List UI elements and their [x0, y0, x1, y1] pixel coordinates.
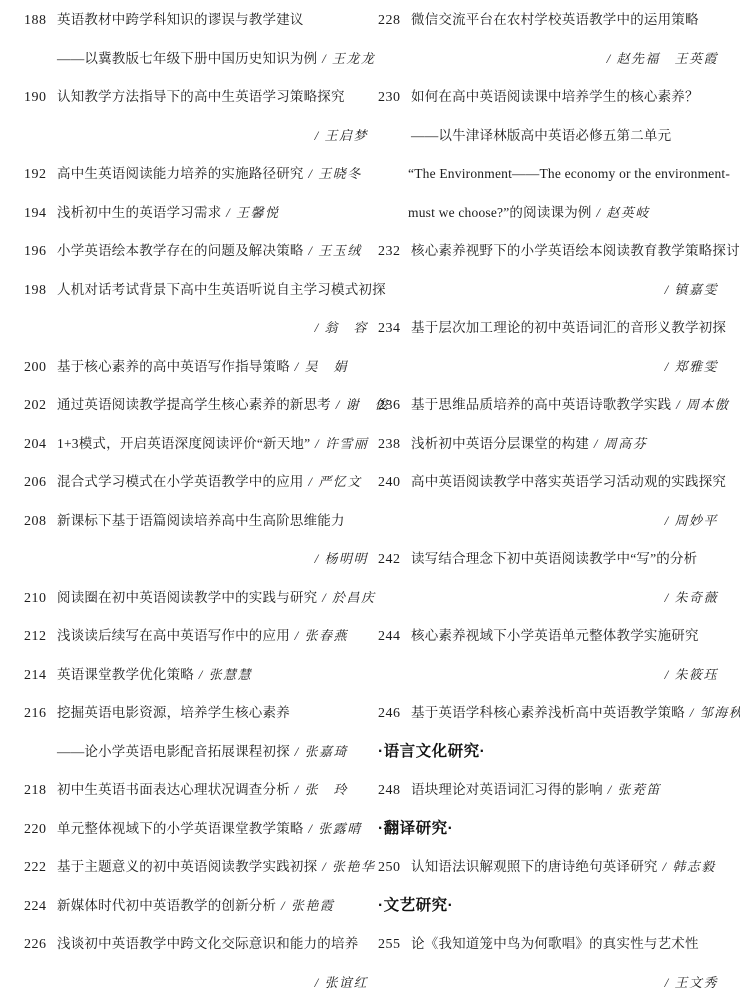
toc-line: must we choose?”的阅读课为例 / 赵英岐: [378, 194, 732, 233]
article-author: / 张茺笛: [603, 782, 661, 797]
article-title: 微信交流平台在农村学校英语教学中的运用策略: [411, 12, 699, 27]
toc-entry: 192高中生英语阅读能力培养的实施路径研究 / 王晓冬: [24, 155, 374, 194]
toc-line: / 朱筱珏: [378, 656, 732, 695]
toc-entry: 246基于英语学科核心素养浅析高中英语教学策略 / 邹海秋: [378, 694, 732, 733]
toc-line: 246基于英语学科核心素养浅析高中英语教学策略 / 邹海秋: [378, 694, 732, 733]
page-number: 248: [378, 772, 404, 811]
page-number: 222: [24, 849, 50, 888]
toc-entry: 2041+3模式，开启英语深度阅读评价“新天地” / 许雪丽: [24, 425, 374, 464]
article-author: / 张谊红: [315, 975, 368, 990]
page-number: 190: [24, 79, 50, 118]
article-author: / 郑雅雯: [665, 359, 718, 374]
toc-line: / 镇嘉雯: [378, 271, 732, 310]
toc-page: 188英语教材中跨学科知识的谬误与教学建议——以冀教版七年级下册中国历史知识为例…: [0, 0, 740, 1002]
article-author: / 王馨悦: [221, 205, 279, 220]
article-title: 1+3模式，开启英语深度阅读评价“新天地”: [57, 436, 310, 451]
toc-entry: 214英语课堂教学优化策略 / 张慧慧: [24, 656, 374, 695]
toc-line: 224新媒体时代初中英语教学的创新分析 / 张艳霞: [24, 887, 374, 926]
page-number: 208: [24, 503, 50, 542]
toc-entry: 224新媒体时代初中英语教学的创新分析 / 张艳霞: [24, 887, 374, 926]
article-title: 高中英语阅读教学中落实英语学习活动观的实践探究: [411, 474, 726, 489]
article-title: 基于核心素养的高中英语写作指导策略: [57, 359, 290, 374]
article-author: / 赵英岐: [592, 205, 650, 220]
toc-entry: 212浅谈读后续写在高中英语写作中的应用 / 张春燕: [24, 617, 374, 656]
page-number: 232: [378, 233, 404, 272]
toc-line: / 杨明明: [24, 540, 374, 579]
page-number: 214: [24, 657, 50, 696]
toc-entry: 188英语教材中跨学科知识的谬误与教学建议——以冀教版七年级下册中国历史知识为例…: [24, 1, 374, 78]
article-title: 英语课堂教学优化策略: [57, 667, 194, 682]
section-heading: ·文艺研究·: [378, 887, 732, 926]
toc-line: / 王启梦: [24, 117, 374, 156]
section-heading-label: ·翻译研究·: [378, 810, 732, 849]
toc-line: 234基于层次加工理论的初中英语词汇的音形义教学初探: [378, 309, 732, 348]
page-number: 204: [24, 426, 50, 465]
toc-entry: 220单元整体视域下的小学英语课堂教学策略 / 张露晴: [24, 810, 374, 849]
toc-line: 216挖掘英语电影资源，培养学生核心素养: [24, 694, 374, 733]
article-author: / 镇嘉雯: [665, 282, 718, 297]
toc-line: 238浅析初中英语分层课堂的构建 / 周高芬: [378, 425, 732, 464]
toc-line: 2041+3模式，开启英语深度阅读评价“新天地” / 许雪丽: [24, 425, 374, 464]
toc-line: 255论《我知道笼中鸟为何歌唱》的真实性与艺术性: [378, 925, 732, 964]
article-author: / 张春燕: [290, 628, 348, 643]
toc-line: 240高中英语阅读教学中落实英语学习活动观的实践探究: [378, 463, 732, 502]
article-title: 高中生英语阅读能力培养的实施路径研究: [57, 166, 304, 181]
toc-line: 248语块理论对英语词汇习得的影响 / 张茺笛: [378, 771, 732, 810]
article-title: 语块理论对英语词汇习得的影响: [411, 782, 603, 797]
article-title: 新课标下基于语篇阅读培养高中生高阶思维能力: [57, 513, 345, 528]
toc-entry: 240高中英语阅读教学中落实英语学习活动观的实践探究/ 周妙平: [378, 463, 732, 540]
toc-line: 188英语教材中跨学科知识的谬误与教学建议: [24, 1, 374, 40]
toc-line: 196小学英语绘本教学存在的问题及解决策略 / 王玉绒: [24, 232, 374, 271]
toc-entry: 248语块理论对英语词汇习得的影响 / 张茺笛: [378, 771, 732, 810]
toc-line: 226浅谈初中英语教学中跨文化交际意识和能力的培养: [24, 925, 374, 964]
article-title: 如何在高中英语阅读课中培养学生的核心素养？: [411, 89, 699, 104]
toc-line: / 朱奇薇: [378, 579, 732, 618]
article-author: / 周本傲: [671, 397, 729, 412]
article-author: / 王晓冬: [304, 166, 362, 181]
article-title: 核心素养视野下的小学英语绘本阅读教育教学策略探讨: [411, 243, 740, 258]
toc-entry: 242读写结合理念下初中英语阅读教学中“写”的分析/ 朱奇薇: [378, 540, 732, 617]
page-number: 200: [24, 349, 50, 388]
toc-line: 232核心素养视野下的小学英语绘本阅读教育教学策略探讨: [378, 232, 732, 271]
article-title: 认知教学方法指导下的高中生英语学习策略探究: [57, 89, 345, 104]
toc-entry: 200基于核心素养的高中英语写作指导策略 / 吴 娟: [24, 348, 374, 387]
section-heading-label: ·语言文化研究·: [378, 733, 732, 772]
article-title: 人机对话考试背景下高中生英语听说自主学习模式初探: [57, 282, 386, 297]
toc-line: 218初中生英语书面表达心理状况调查分析 / 张 玲: [24, 771, 374, 810]
page-number: 192: [24, 156, 50, 195]
toc-entry: 206混合式学习模式在小学英语教学中的应用 / 严忆文: [24, 463, 374, 502]
page-number: 236: [378, 387, 404, 426]
toc-entry: 238浅析初中英语分层课堂的构建 / 周高芬: [378, 425, 732, 464]
article-author: / 邹海秋: [685, 705, 740, 720]
toc-line: / 张谊红: [24, 964, 374, 1002]
article-author: / 杨明明: [315, 551, 368, 566]
page-number: 224: [24, 888, 50, 927]
page-number: 206: [24, 464, 50, 503]
section-heading: ·语言文化研究·: [378, 733, 732, 772]
toc-line: 194浅析初中生的英语学习需求 / 王馨悦: [24, 194, 374, 233]
article-author: / 王启梦: [315, 128, 368, 143]
page-number: 196: [24, 233, 50, 272]
page-number: 246: [378, 695, 404, 734]
article-title: 浅谈初中英语教学中跨文化交际意识和能力的培养: [57, 936, 358, 951]
toc-line: 212浅谈读后续写在高中英语写作中的应用 / 张春燕: [24, 617, 374, 656]
page-number: 198: [24, 272, 50, 311]
article-title: 挖掘英语电影资源，培养学生核心素养: [57, 705, 290, 720]
page-number: 188: [24, 2, 50, 41]
page-number: 230: [378, 79, 404, 118]
article-title-continued: ——论小学英语电影配音拓展课程初探: [57, 744, 290, 759]
article-author: / 韩志毅: [658, 859, 716, 874]
toc-entry: 222基于主题意义的初中英语阅读教学实践初探 / 张艳华: [24, 848, 374, 887]
page-number: 210: [24, 580, 50, 619]
toc-entry: 210阅读圈在初中英语阅读教学中的实践与研究 / 於昌庆: [24, 579, 374, 618]
article-title: 基于英语学科核心素养浅析高中英语教学策略: [411, 705, 685, 720]
article-title: 初中生英语书面表达心理状况调查分析: [57, 782, 290, 797]
article-author: / 王文秀: [665, 975, 718, 990]
toc-line: 230如何在高中英语阅读课中培养学生的核心素养？: [378, 78, 732, 117]
toc-line: 220单元整体视域下的小学英语课堂教学策略 / 张露晴: [24, 810, 374, 849]
article-author: / 王玉绒: [304, 243, 362, 258]
toc-line: / 赵先福 王英霞: [378, 40, 732, 79]
article-title: 基于思维品质培养的高中英语诗歌教学实践: [411, 397, 671, 412]
article-author: / 吴 娟: [290, 359, 348, 374]
toc-line: 202通过英语阅读教学提高学生核心素养的新思考 / 谢 俊: [24, 386, 374, 425]
page-number: 244: [378, 618, 404, 657]
article-author: / 张艳霞: [276, 898, 334, 913]
toc-entry: 230如何在高中英语阅读课中培养学生的核心素养？——以牛津译林版高中英语必修五第…: [378, 78, 732, 232]
article-author: / 王龙龙: [317, 51, 375, 66]
article-title: 混合式学习模式在小学英语教学中的应用: [57, 474, 304, 489]
article-author: / 周妙平: [665, 513, 718, 528]
article-title: 小学英语绘本教学存在的问题及解决策略: [57, 243, 304, 258]
page-number: 220: [24, 811, 50, 850]
page-number: 202: [24, 387, 50, 426]
article-author: / 周高芬: [589, 436, 647, 451]
toc-entry: 208新课标下基于语篇阅读培养高中生高阶思维能力/ 杨明明: [24, 502, 374, 579]
toc-column-right: 228微信交流平台在农村学校英语教学中的运用策略/ 赵先福 王英霞230如何在高…: [378, 1, 732, 1002]
toc-entry: 216挖掘英语电影资源，培养学生核心素养——论小学英语电影配音拓展课程初探 / …: [24, 694, 374, 771]
toc-line: ——以冀教版七年级下册中国历史知识为例 / 王龙龙: [24, 40, 374, 79]
toc-entry: 228微信交流平台在农村学校英语教学中的运用策略/ 赵先福 王英霞: [378, 1, 732, 78]
toc-line: / 王文秀: [378, 964, 732, 1002]
toc-line: ——以牛津译林版高中英语必修五第二单元: [378, 117, 732, 156]
toc-line: 242读写结合理念下初中英语阅读教学中“写”的分析: [378, 540, 732, 579]
toc-line: 206混合式学习模式在小学英语教学中的应用 / 严忆文: [24, 463, 374, 502]
toc-line: 250认知语法识解观照下的唐诗绝句英译研究 / 韩志毅: [378, 848, 732, 887]
article-author: / 赵先福 王英霞: [607, 51, 718, 66]
article-title: 浅析初中生的英语学习需求: [57, 205, 221, 220]
page-number: 234: [378, 310, 404, 349]
toc-entry: 255论《我知道笼中鸟为何歌唱》的真实性与艺术性/ 王文秀: [378, 925, 732, 1002]
toc-entry: 196小学英语绘本教学存在的问题及解决策略 / 王玉绒: [24, 232, 374, 271]
article-author: / 张 玲: [290, 782, 348, 797]
toc-line: 198人机对话考试背景下高中生英语听说自主学习模式初探: [24, 271, 374, 310]
article-title: 新媒体时代初中英语教学的创新分析: [57, 898, 276, 913]
article-author: / 严忆文: [304, 474, 362, 489]
article-author: / 於昌庆: [317, 590, 375, 605]
page-number: 242: [378, 541, 404, 580]
toc-entry: 232核心素养视野下的小学英语绘本阅读教育教学策略探讨/ 镇嘉雯: [378, 232, 732, 309]
article-author: / 许雪丽: [310, 436, 368, 451]
article-author: / 朱筱珏: [665, 667, 718, 682]
toc-entry: 244核心素养视域下小学英语单元整体教学实施研究/ 朱筱珏: [378, 617, 732, 694]
toc-line: 214英语课堂教学优化策略 / 张慧慧: [24, 656, 374, 695]
toc-entry: 236基于思维品质培养的高中英语诗歌教学实践 / 周本傲: [378, 386, 732, 425]
page-number: 218: [24, 772, 50, 811]
article-title: 通过英语阅读教学提高学生核心素养的新思考: [57, 397, 331, 412]
article-title: 核心素养视域下小学英语单元整体教学实施研究: [411, 628, 699, 643]
toc-line: 222基于主题意义的初中英语阅读教学实践初探 / 张艳华: [24, 848, 374, 887]
toc-line: 192高中生英语阅读能力培养的实施路径研究 / 王晓冬: [24, 155, 374, 194]
article-title: 浅析初中英语分层课堂的构建: [411, 436, 589, 451]
toc-entry: 194浅析初中生的英语学习需求 / 王馨悦: [24, 194, 374, 233]
toc-line: 210阅读圈在初中英语阅读教学中的实践与研究 / 於昌庆: [24, 579, 374, 618]
article-title: 阅读圈在初中英语阅读教学中的实践与研究: [57, 590, 317, 605]
article-title: 论《我知道笼中鸟为何歌唱》的真实性与艺术性: [411, 936, 699, 951]
page-number: 240: [378, 464, 404, 503]
toc-line: ——论小学英语电影配音拓展课程初探 / 张嘉琦: [24, 733, 374, 772]
article-author: / 张艳华: [317, 859, 375, 874]
article-title: 认知语法识解观照下的唐诗绝句英译研究: [411, 859, 658, 874]
article-title-continued: “The Environment——The economy or the env…: [408, 166, 730, 181]
article-title: 读写结合理念下初中英语阅读教学中“写”的分析: [411, 551, 697, 566]
toc-entry: 190认知教学方法指导下的高中生英语学习策略探究/ 王启梦: [24, 78, 374, 155]
article-author: / 朱奇薇: [665, 590, 718, 605]
toc-column-left: 188英语教材中跨学科知识的谬误与教学建议——以冀教版七年级下册中国历史知识为例…: [24, 1, 374, 1002]
toc-line: 244核心素养视域下小学英语单元整体教学实施研究: [378, 617, 732, 656]
article-title: 英语教材中跨学科知识的谬误与教学建议: [57, 12, 304, 27]
page-number: 228: [378, 2, 404, 41]
article-title-continued: ——以牛津译林版高中英语必修五第二单元: [411, 128, 671, 143]
toc-line: 190认知教学方法指导下的高中生英语学习策略探究: [24, 78, 374, 117]
article-title: 基于主题意义的初中英语阅读教学实践初探: [57, 859, 317, 874]
page-number: 238: [378, 426, 404, 465]
article-author: / 张露晴: [304, 821, 362, 836]
toc-entry: 202通过英语阅读教学提高学生核心素养的新思考 / 谢 俊: [24, 386, 374, 425]
toc-entry: 226浅谈初中英语教学中跨文化交际意识和能力的培养/ 张谊红: [24, 925, 374, 1002]
toc-line: 228微信交流平台在农村学校英语教学中的运用策略: [378, 1, 732, 40]
page-number: 216: [24, 695, 50, 734]
section-heading: ·翻译研究·: [378, 810, 732, 849]
article-author: / 张嘉琦: [290, 744, 348, 759]
toc-entry: 218初中生英语书面表达心理状况调查分析 / 张 玲: [24, 771, 374, 810]
toc-line: 236基于思维品质培养的高中英语诗歌教学实践 / 周本傲: [378, 386, 732, 425]
toc-line: / 郑雅雯: [378, 348, 732, 387]
toc-entry: 250认知语法识解观照下的唐诗绝句英译研究 / 韩志毅: [378, 848, 732, 887]
article-title: 浅谈读后续写在高中英语写作中的应用: [57, 628, 290, 643]
page-number: 194: [24, 195, 50, 234]
page-number: 212: [24, 618, 50, 657]
article-author: / 翁 容: [315, 320, 368, 335]
article-title: 单元整体视域下的小学英语课堂教学策略: [57, 821, 304, 836]
article-title-continued: ——以冀教版七年级下册中国历史知识为例: [57, 51, 317, 66]
page-number: 255: [378, 926, 404, 965]
toc-line: / 翁 容: [24, 309, 374, 348]
section-heading-label: ·文艺研究·: [378, 887, 732, 926]
article-title-continued: must we choose?”的阅读课为例: [408, 205, 592, 220]
toc-line: 200基于核心素养的高中英语写作指导策略 / 吴 娟: [24, 348, 374, 387]
article-author: / 张慧慧: [194, 667, 252, 682]
toc-entry: 198人机对话考试背景下高中生英语听说自主学习模式初探/ 翁 容: [24, 271, 374, 348]
page-number: 250: [378, 849, 404, 888]
toc-line: “The Environment——The economy or the env…: [378, 155, 732, 194]
toc-line: / 周妙平: [378, 502, 732, 541]
toc-entry: 234基于层次加工理论的初中英语词汇的音形义教学初探/ 郑雅雯: [378, 309, 732, 386]
toc-line: 208新课标下基于语篇阅读培养高中生高阶思维能力: [24, 502, 374, 541]
page-number: 226: [24, 926, 50, 965]
article-title: 基于层次加工理论的初中英语词汇的音形义教学初探: [411, 320, 726, 335]
